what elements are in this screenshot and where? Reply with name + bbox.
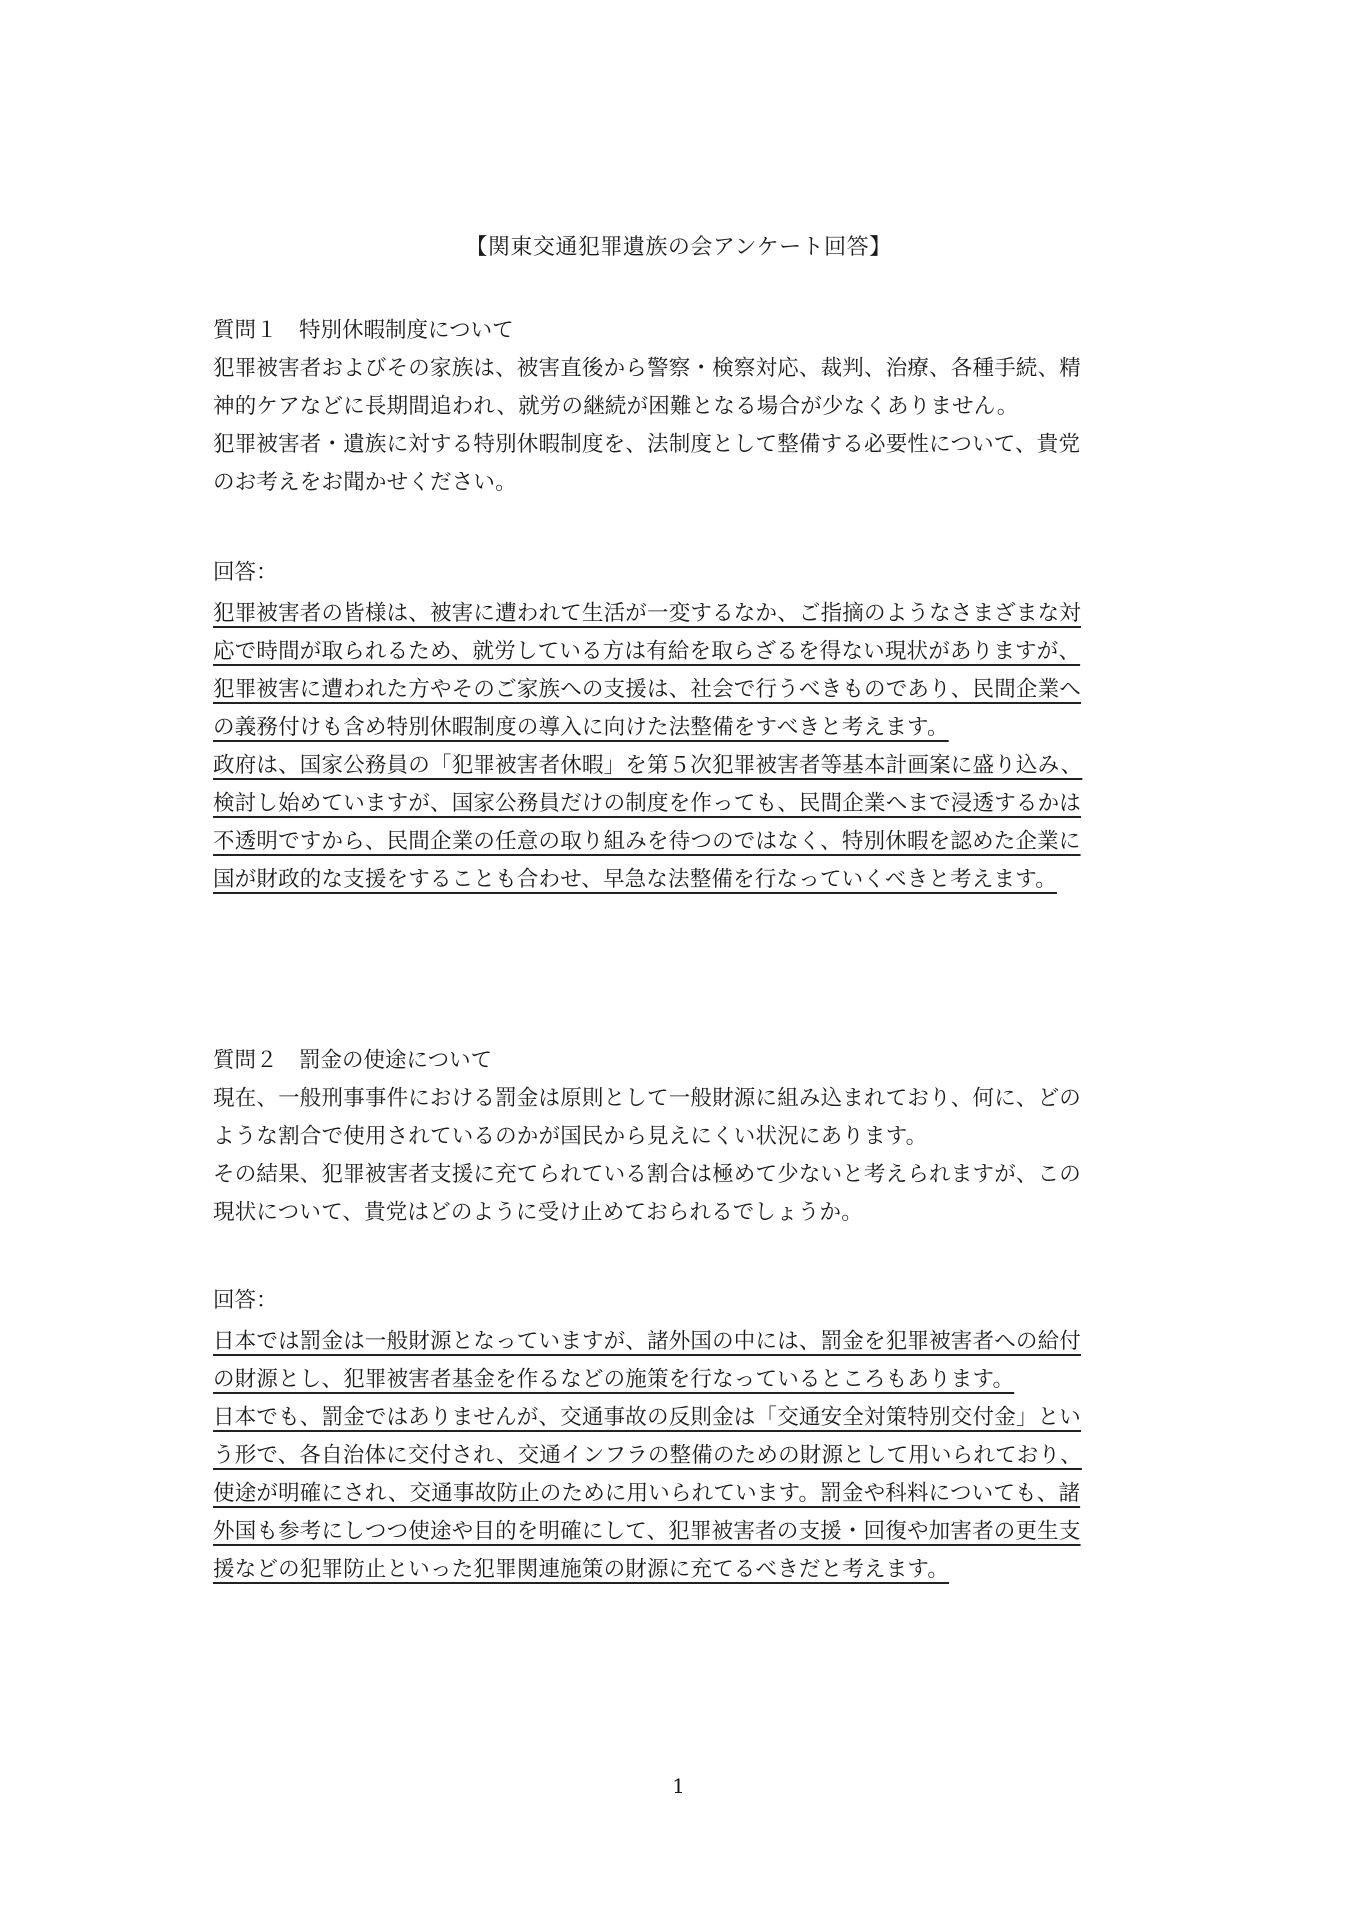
answer-2-text-line: 日本では罰金は一般財源となっていますが、諸外国の中には、罰金を犯罪被害者への給付 (213, 1329, 1081, 1354)
question-1-text-line: のお考えをお聞かせください。 (213, 464, 1133, 502)
answer-1-text-line: 政府は、国家公務員の「犯罪被害者休暇」を第５次犯罪被害者等基本計画案に盛り込み、 (213, 753, 1082, 778)
answer-1-label: 回答： (213, 554, 1133, 592)
answer-1-text-line: の義務付けも含め特別休暇制度の導入に向けた法整備をすべきと考えます。 (213, 715, 949, 740)
answer-1-text-line: 国が財政的な支援をすることも合わせ、早急な法整備を行なっていくべきと考えます。 (213, 867, 1057, 892)
question-1-section: 質問１ 特別休暇制度について 犯罪被害者およびその家族は、被害直後から警察・検察… (213, 312, 1133, 502)
answer-2-text-line: 援などの犯罪防止といった犯罪関連施策の財源に充てるべきだと考えます。 (213, 1557, 949, 1582)
answer-1-text-line: 不透明ですから、民間企業の任意の取り組みを待つのではなく、特別休暇を認めた企業に (213, 829, 1081, 854)
question-2-text-line: その結果、犯罪被害者支援に充てられている割合は極めて少ないと考えられますが、この (213, 1156, 1133, 1194)
question-2-section: 質問２ 罰金の使途について 現在、一般刑事事件における罰金は原則として一般財源に… (213, 1042, 1133, 1232)
question-1-text-line: 犯罪被害者およびその家族は、被害直後から警察・検察対応、裁判、治療、各種手続、精 (213, 350, 1133, 388)
answer-2-label: 回答： (213, 1282, 1133, 1320)
page-title: 【関東交通犯罪遺族の会アンケート回答】 (0, 230, 1357, 261)
answer-1-section: 回答： 犯罪被害者の皆様は、被害に遭われて生活が一変するなか、ご指摘のようなさま… (213, 554, 1133, 899)
answer-1-text-line: 犯罪被害者の皆様は、被害に遭われて生活が一変するなか、ご指摘のようなさまざまな対 (213, 601, 1081, 626)
question-1-text-line: 犯罪被害者・遺族に対する特別休暇制度を、法制度として整備する必要性について、貴党 (213, 426, 1133, 464)
page-number: 1 (0, 1774, 1357, 1798)
question-2-text-line: 現在、一般刑事事件における罰金は原則として一般財源に組み込まれており、何に、どの (213, 1080, 1133, 1118)
question-2-text-line: ような割合で使用されているのかが国民から見えにくい状況にあります。 (213, 1118, 1133, 1156)
answer-2-text-line: う形で、各自治体に交付され、交通インフラの整備のための財源として用いられており、 (213, 1443, 1082, 1468)
answer-1-text-line: 応で時間が取られるため、就労している方は有給を取らざるを得ない現状がありますが、 (213, 639, 1080, 664)
answer-2-text-line: 外国も参考にしつつ使途や目的を明確にして、犯罪被害者の支援・回復や加害者の更生支 (213, 1519, 1081, 1544)
question-1-text-line: 神的ケアなどに長期間追われ、就労の継続が困難となる場合が少なくありません。 (213, 388, 1133, 426)
answer-2-text-line: 日本でも、罰金ではありませんが、交通事故の反則金は「交通安全対策特別交付金」とい (213, 1405, 1081, 1430)
answer-1-text-line: 犯罪被害に遭われた方やそのご家族への支援は、社会で行うべきものであり、民間企業へ (213, 677, 1081, 702)
answer-2-section: 回答： 日本では罰金は一般財源となっていますが、諸外国の中には、罰金を犯罪被害者… (213, 1282, 1133, 1589)
question-1-heading: 質問１ 特別休暇制度について (213, 312, 1133, 350)
question-2-text-line: 現状について、貴党はどのように受け止めておられるでしょうか。 (213, 1194, 1133, 1232)
answer-1-text-line: 検討し始めていますが、国家公務員だけの制度を作っても、民間企業へまで浸透するかは (213, 791, 1081, 816)
answer-2-text-line: 使途が明確にされ、交通事故防止のために用いられています。罰金や科料についても、諸 (213, 1481, 1080, 1506)
answer-2-text-line: の財源とし、犯罪被害者基金を作るなどの施策を行なっているところもあります。 (213, 1367, 1014, 1392)
question-2-heading: 質問２ 罰金の使途について (213, 1042, 1133, 1080)
